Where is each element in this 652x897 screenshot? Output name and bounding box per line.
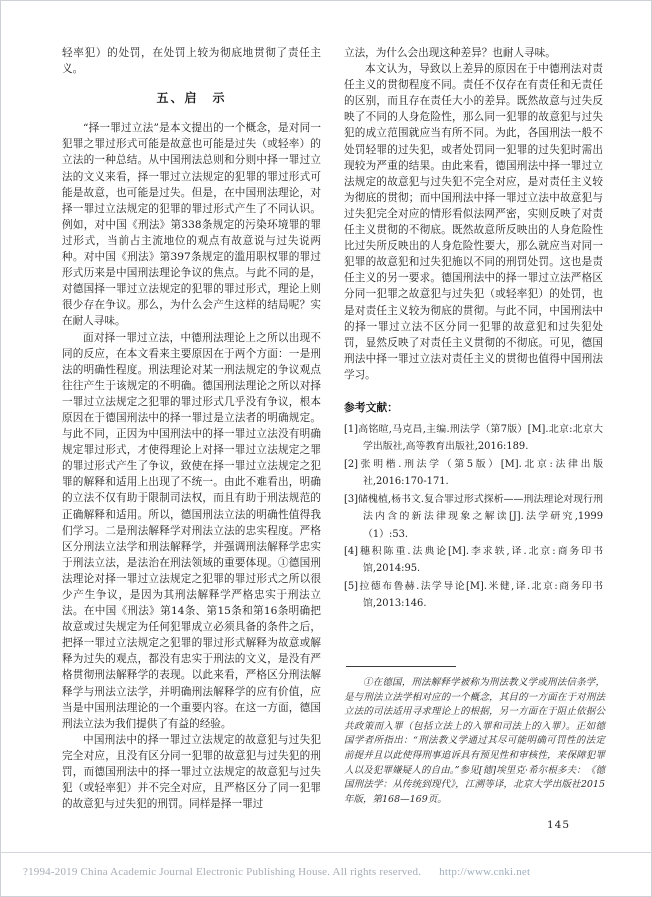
footer-bar: ?1994-2019 China Academic Journal Electr…	[1, 852, 651, 896]
left-column: 轻率犯）的处罚，在处罚上较为彻底地贯彻了责任主义。 五、启 示 “择一罪过立法”…	[62, 45, 321, 812]
right-column: 立法，为什么会出现这种差异？也耐人寻味。 本文认为，导致以上差异的原因在于中德刑…	[344, 45, 603, 613]
footnote-divider	[346, 666, 456, 667]
carryover-line: 轻率犯）的处罚，在处罚上较为彻底地贯彻了责任主义。	[62, 45, 321, 77]
paragraph: 面对择一罪过立法，中德刑法理论上之所以出现不同的反应，在本文看来主要原因在于两个…	[62, 330, 321, 732]
paragraph: 中国刑法中的择一罪过立法规定的故意犯与过失犯完全对应，且没有区分同一犯罪的故意犯…	[62, 732, 321, 812]
footer-text: ?1994-2019 China Academic Journal Electr…	[1, 853, 651, 878]
section-heading: 五、启 示	[62, 90, 321, 106]
paragraph: “择一罪过立法”是本文提出的一个概念，是对同一犯罪之罪过形式可能是故意也可能是过…	[62, 120, 321, 329]
copyright-text: ?1994-2019 China Academic Journal Electr…	[23, 866, 421, 878]
references-heading: 参考文献：	[344, 400, 603, 416]
paper-page: 轻率犯）的处罚，在处罚上较为彻底地贯彻了责任主义。 五、启 示 “择一罪过立法”…	[0, 0, 652, 897]
footnote-block: ①在德国，刑法解释学被称为刑法教义学或刑法信条学，是与刑法立法学相对应的一个概念…	[344, 666, 605, 807]
reference-item: [1]高铭暄,马克昌,主编.刑法学（第7版）[M].北京:北京大学出版社,高等教…	[344, 421, 603, 456]
reference-item: [2]张明楷.刑法学（第5版）[M].北京:法律出版社,2016:170-171…	[344, 456, 603, 491]
cnki-url: http://www.cnki.net	[439, 866, 530, 878]
reference-item: [5]拉德布鲁赫.法学导论[M].米健,译.北京:商务印书馆,2013:146.	[344, 578, 603, 613]
page-number: 145	[547, 819, 570, 831]
footnote-text: ①在德国，刑法解释学被称为刑法教义学或刑法信条学，是与刑法立法学相对应的一个概念…	[344, 676, 605, 807]
reference-item: [4]穗积陈重.法典论[M].李求轶,译.北京:商务印书馆,2014:95.	[344, 543, 603, 578]
carryover-line: 立法，为什么会出现这种差异？也耐人寻味。	[344, 45, 603, 61]
reference-item: [3]储槐植,杨书文.复合罪过形式探析——刑法理论对现行刑法内含的新法律现象之解…	[344, 491, 603, 543]
paragraph: 本文认为，导致以上差异的原因在于中德刑法对责任主义的贯彻程度不同。责任不仅存在有…	[344, 61, 603, 383]
